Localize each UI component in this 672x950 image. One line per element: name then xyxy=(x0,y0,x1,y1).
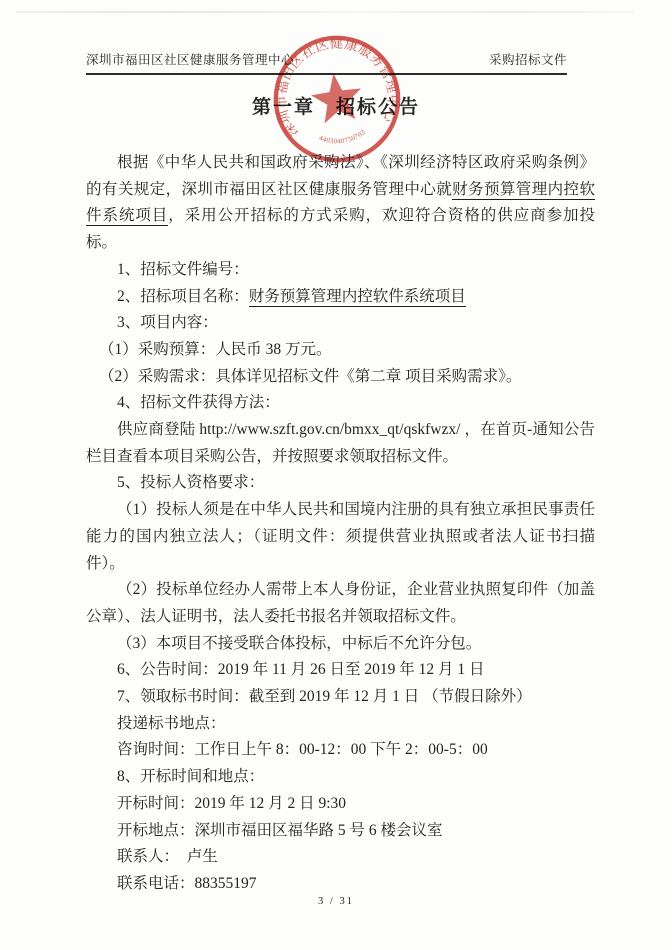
line-text: 8、开标时间和地点： xyxy=(117,768,264,785)
line-text: 联系人： 卢生 xyxy=(117,848,218,865)
doc-line: 8、开标时间和地点： xyxy=(86,764,595,791)
seal-star-icon xyxy=(308,70,365,125)
header-doc-type: 采购招标文件 xyxy=(489,50,567,68)
line-text: 咨询时间：工作日上午 8：00-12：00 下午 2：00-5：00 xyxy=(117,741,488,758)
line-text: （1）投标人须是在中华人民共和国境内注册的具有独立承担民事责任能力的国内独立法人… xyxy=(86,501,595,571)
doc-line: 投递标书地点： xyxy=(86,711,595,738)
line-text: 2、招标项目名称： xyxy=(117,288,249,305)
doc-line: 2、招标项目名称：财务预算管理内控软件系统项目 xyxy=(86,284,595,311)
doc-line: （2）投标单位经办人需带上本人身份证，企业营业执照复印件（加盖公章）、法人证明书… xyxy=(86,577,595,630)
line-text: 5、投标人资格要求： xyxy=(117,474,264,491)
line-text: （1）采购预算：人民币 38 万元。 xyxy=(99,341,332,358)
line-text: 3、项目内容： xyxy=(117,314,218,331)
line-text: 4、招标文件获得方法： xyxy=(117,394,280,411)
doc-line: 咨询时间：工作日上午 8：00-12：00 下午 2：00-5：00 xyxy=(86,737,595,764)
line-text: （3）本项目不接受联合体投标，中标后不允许分包。 xyxy=(117,635,481,652)
doc-line: 7、领取标书时间：截至到 2019 年 12 月 1 日 （节假日除外） xyxy=(86,684,595,711)
doc-line: （1）采购预算：人民币 38 万元。 xyxy=(86,337,595,364)
scan-artifact-line xyxy=(16,11,634,13)
doc-line: 供应商登陆 http://www.szft.gov.cn/bmxx_qt/qsk… xyxy=(86,417,595,470)
seal-serial-number: 4403040750703 xyxy=(317,128,368,148)
doc-line: 联系电话：88355197 xyxy=(86,871,595,898)
doc-line: 5、投标人资格要求： xyxy=(86,470,595,497)
line-text: （2）采购需求：具体详见招标文件《第二章 项目采购需求》。 xyxy=(99,368,521,385)
line-text: 7、领取标书时间：截至到 2019 年 12 月 1 日 （节假日除外） xyxy=(117,688,532,705)
doc-line: 4、招标文件获得方法： xyxy=(86,390,595,417)
doc-line: （1）投标人须是在中华人民共和国境内注册的具有独立承担民事责任能力的国内独立法人… xyxy=(86,497,595,577)
doc-line: （3）本项目不接受联合体投标，中标后不允许分包。 xyxy=(86,631,595,658)
doc-line: 开标时间：2019 年 12 月 2 日 9:30 xyxy=(86,791,595,818)
doc-line: （2）采购需求：具体详见招标文件《第二章 项目采购需求》。 xyxy=(86,364,595,391)
doc-line: 联系人： 卢生 xyxy=(86,844,595,871)
document-page: 深圳市福田区社区健康服务管理中心 采购招标文件 第一章 招标公告 深圳市福田区社… xyxy=(0,0,672,950)
doc-line: 根据《中华人民共和国政府采购法》、《深圳经济特区政府采购条例》的有关规定，深圳市… xyxy=(86,150,595,257)
line-text: 6、公告时间：2019 年 11 月 26 日至 2019 年 12 月 1 日 xyxy=(117,661,485,678)
document-body: 根据《中华人民共和国政府采购法》、《深圳经济特区政府采购条例》的有关规定，深圳市… xyxy=(86,150,595,898)
page-number: 3 / 31 xyxy=(0,896,672,907)
line-text: 联系电话：88355197 xyxy=(117,875,257,892)
underlined-text: 财务预算管理内控软件系统项目 xyxy=(249,288,466,307)
line-text: 开标地点：深圳市福田区福华路 5 号 6 楼会议室 xyxy=(117,822,443,839)
doc-line: 6、公告时间：2019 年 11 月 26 日至 2019 年 12 月 1 日 xyxy=(86,657,595,684)
doc-line: 开标地点：深圳市福田区福华路 5 号 6 楼会议室 xyxy=(86,818,595,845)
doc-line: 1、招标文件编号： xyxy=(86,257,595,284)
line-text: 供应商登陆 http://www.szft.gov.cn/bmxx_qt/qsk… xyxy=(86,421,595,465)
line-text: 1、招标文件编号： xyxy=(117,261,249,278)
doc-line: 3、项目内容： xyxy=(86,310,595,337)
line-text: （2）投标单位经办人需带上本人身份证，企业营业执照复印件（加盖公章）、法人证明书… xyxy=(86,581,595,625)
line-text: 开标时间：2019 年 12 月 2 日 9:30 xyxy=(117,795,346,812)
line-text: 投递标书地点： xyxy=(117,715,226,732)
